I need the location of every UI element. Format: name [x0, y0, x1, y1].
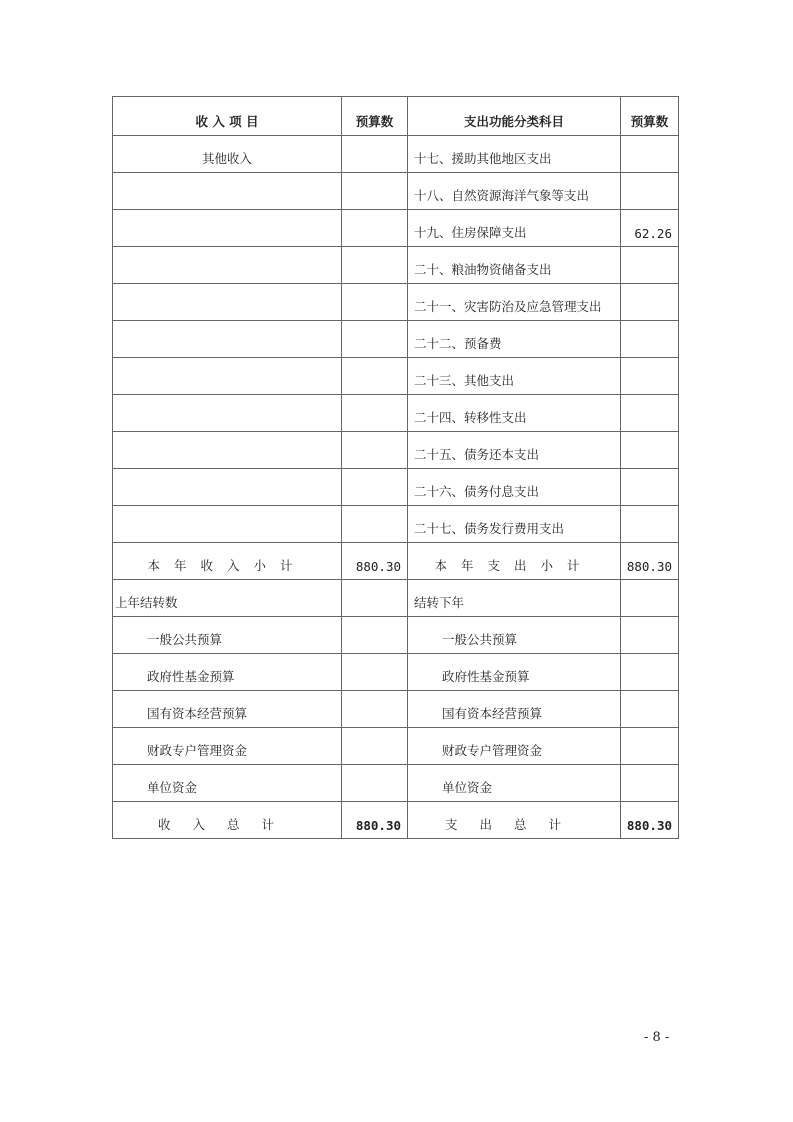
income-value-cell: [342, 358, 408, 395]
income-carryover-item: 单位资金: [113, 765, 342, 802]
table-row: 二十、粮油物资储备支出: [113, 247, 679, 284]
expense-carryover-item: 财政专户管理资金: [408, 728, 621, 765]
income-cell: 其他收入: [113, 136, 342, 173]
table-row: 其他收入 十七、援助其他地区支出: [113, 136, 679, 173]
income-cell: [113, 506, 342, 543]
income-cell: [113, 321, 342, 358]
expense-total-label: 支出总计: [408, 802, 621, 839]
expense-subtotal-label: 本年支出小计: [408, 543, 621, 580]
expense-carryover-item-value: [621, 654, 679, 691]
income-total-value: 880.30: [342, 802, 408, 839]
expense-carryover-label: 结转下年: [408, 580, 621, 617]
expense-carryover-item: 一般公共预算: [408, 617, 621, 654]
income-value-cell: [342, 321, 408, 358]
table-row: 二十一、灾害防治及应急管理支出: [113, 284, 679, 321]
income-value-cell: [342, 469, 408, 506]
expense-carryover-item-value: [621, 617, 679, 654]
table-row: 二十四、转移性支出: [113, 395, 679, 432]
income-subtotal-value: 880.30: [342, 543, 408, 580]
income-value-cell: [342, 395, 408, 432]
table-row: 二十三、其他支出: [113, 358, 679, 395]
income-cell: [113, 173, 342, 210]
header-income-item: 收 入 项 目: [113, 97, 342, 136]
budget-table: 收 入 项 目 预算数 支出功能分类科目 预算数 其他收入 十七、援助其他地区支…: [112, 96, 679, 839]
expense-carryover-item: 单位资金: [408, 765, 621, 802]
total-row: 收入总计 880.30 支出总计 880.30: [113, 802, 679, 839]
expense-value-cell: [621, 321, 679, 358]
expense-value-cell: [621, 506, 679, 543]
expense-value-cell: [621, 247, 679, 284]
expense-cell: 二十二、预备费: [408, 321, 621, 358]
carryover-item-row: 财政专户管理资金 财政专户管理资金: [113, 728, 679, 765]
income-carryover-item-value: [342, 691, 408, 728]
subtotal-row: 本年收入小计 880.30 本年支出小计 880.30: [113, 543, 679, 580]
income-value-cell: [342, 247, 408, 284]
expense-value-cell: [621, 358, 679, 395]
expense-cell: 二十七、债务发行费用支出: [408, 506, 621, 543]
income-carryover-item: 财政专户管理资金: [113, 728, 342, 765]
expense-value-cell: [621, 395, 679, 432]
expense-cell: 二十、粮油物资储备支出: [408, 247, 621, 284]
table-row: 二十六、债务付息支出: [113, 469, 679, 506]
table-row: 二十五、债务还本支出: [113, 432, 679, 469]
income-cell: [113, 432, 342, 469]
table-row: 二十七、债务发行费用支出: [113, 506, 679, 543]
income-carryover-item-value: [342, 728, 408, 765]
expense-value-cell: [621, 173, 679, 210]
expense-value-cell: [621, 469, 679, 506]
income-carryover-value: [342, 580, 408, 617]
income-cell: [113, 210, 342, 247]
expense-cell: 十九、住房保障支出: [408, 210, 621, 247]
income-value-cell: [342, 173, 408, 210]
expense-carryover-item-value: [621, 728, 679, 765]
carryover-item-row: 单位资金 单位资金: [113, 765, 679, 802]
income-value-cell: [342, 284, 408, 321]
income-carryover-item-value: [342, 617, 408, 654]
income-value-cell: [342, 506, 408, 543]
header-expense-budget: 预算数: [621, 97, 679, 136]
income-cell: [113, 358, 342, 395]
income-carryover-item-value: [342, 765, 408, 802]
income-subtotal-label: 本年收入小计: [113, 543, 342, 580]
expense-carryover-value: [621, 580, 679, 617]
header-expense-item: 支出功能分类科目: [408, 97, 621, 136]
income-cell: [113, 247, 342, 284]
carryover-row: 上年结转数 结转下年: [113, 580, 679, 617]
expense-value-cell: [621, 136, 679, 173]
expense-cell: 二十六、债务付息支出: [408, 469, 621, 506]
carryover-item-row: 政府性基金预算 政府性基金预算: [113, 654, 679, 691]
carryover-item-row: 一般公共预算 一般公共预算: [113, 617, 679, 654]
income-carryover-item: 政府性基金预算: [113, 654, 342, 691]
income-carryover-item: 一般公共预算: [113, 617, 342, 654]
table-row: 二十二、预备费: [113, 321, 679, 358]
expense-cell: 二十五、债务还本支出: [408, 432, 621, 469]
expense-carryover-item-value: [621, 765, 679, 802]
document-page: 收 入 项 目 预算数 支出功能分类科目 预算数 其他收入 十七、援助其他地区支…: [0, 0, 793, 1122]
page-number: - 8 -: [644, 1030, 669, 1045]
expense-cell: 二十四、转移性支出: [408, 395, 621, 432]
income-value-cell: [342, 432, 408, 469]
table-row: 十八、自然资源海洋气象等支出: [113, 173, 679, 210]
carryover-item-row: 国有资本经营预算 国有资本经营预算: [113, 691, 679, 728]
table-row: 十九、住房保障支出 62.26: [113, 210, 679, 247]
income-value-cell: [342, 210, 408, 247]
expense-value-cell: [621, 432, 679, 469]
expense-total-value: 880.30: [621, 802, 679, 839]
income-cell: [113, 284, 342, 321]
expense-value-cell: 62.26: [621, 210, 679, 247]
income-value-cell: [342, 136, 408, 173]
income-carryover-label: 上年结转数: [113, 580, 342, 617]
expense-cell: 二十三、其他支出: [408, 358, 621, 395]
expense-cell: 十八、自然资源海洋气象等支出: [408, 173, 621, 210]
expense-cell: 十七、援助其他地区支出: [408, 136, 621, 173]
income-carryover-item: 国有资本经营预算: [113, 691, 342, 728]
header-income-budget: 预算数: [342, 97, 408, 136]
expense-cell: 二十一、灾害防治及应急管理支出: [408, 284, 621, 321]
expense-value-cell: [621, 284, 679, 321]
income-cell: [113, 395, 342, 432]
expense-carryover-item: 国有资本经营预算: [408, 691, 621, 728]
expense-carryover-item: 政府性基金预算: [408, 654, 621, 691]
expense-carryover-item-value: [621, 691, 679, 728]
expense-subtotal-value: 880.30: [621, 543, 679, 580]
table-header-row: 收 入 项 目 预算数 支出功能分类科目 预算数: [113, 97, 679, 136]
income-carryover-item-value: [342, 654, 408, 691]
income-cell: [113, 469, 342, 506]
income-total-label: 收入总计: [113, 802, 342, 839]
